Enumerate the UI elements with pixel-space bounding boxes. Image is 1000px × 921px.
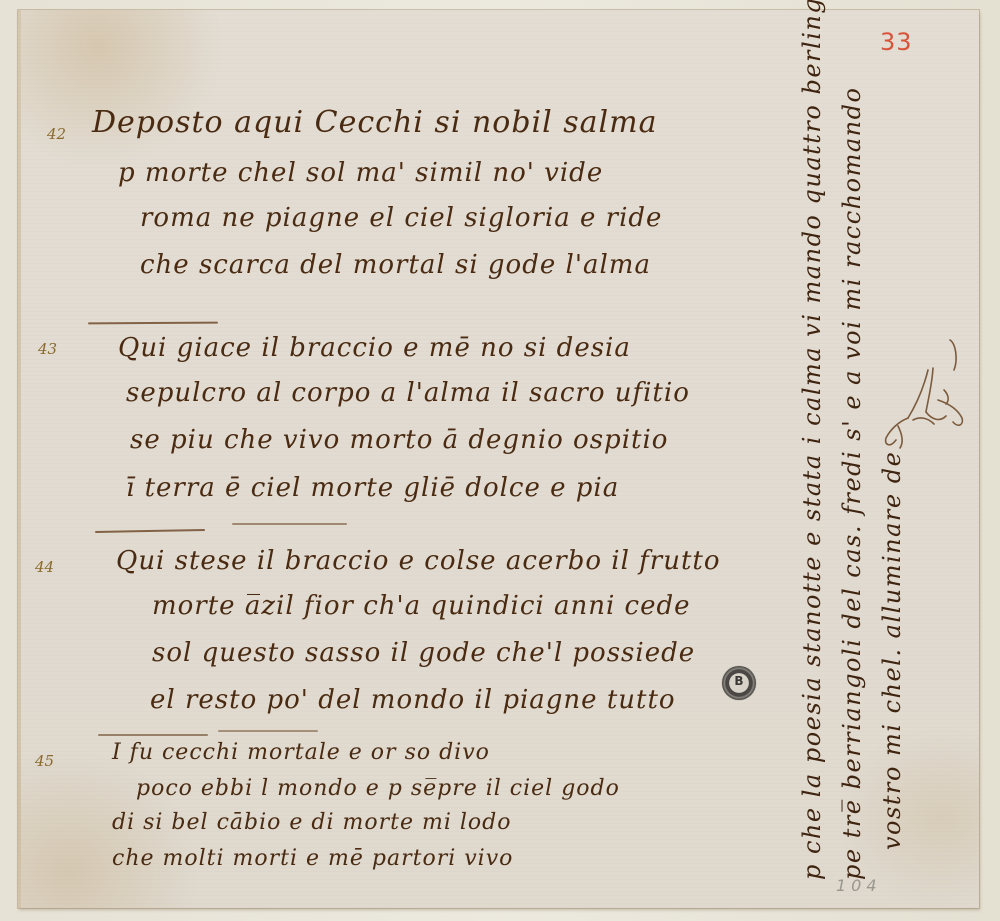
stanza-42-line-2: p morte chel sol ma' simil no' vide <box>118 160 603 186</box>
stanza-44-line-3: sol questo sasso il gode che'l possiede <box>152 640 695 666</box>
stanza-number-42: 42 <box>47 125 66 143</box>
margin-note-line-3: vostro mi chel. alluminare de <box>878 430 906 850</box>
stanza-43-line-3: se piu che vivo morto ā degnio ospitio <box>130 427 668 453</box>
stanza-45-line-4: che molti morti e mē partori vivo <box>112 848 513 870</box>
stanza-divider-3b <box>218 730 318 732</box>
stamp-letter: B <box>722 674 756 688</box>
stanza-44-line-4: el resto po' del mondo il piagne tutto <box>150 687 676 713</box>
stanza-42-line-1: Deposto aqui Cecchi si nobil salma <box>92 108 657 138</box>
stanza-number-44: 44 <box>35 558 54 576</box>
folio-number-pencil: 104 <box>836 876 882 895</box>
stanza-number-43: 43 <box>38 340 57 358</box>
folio-number-red: 33 <box>880 28 913 56</box>
stanza-43-line-1: Qui giace il braccio e mē no si desia <box>118 335 631 361</box>
stanza-42-line-4: che scarca del mortal si gode l'alma <box>140 252 651 278</box>
stanza-divider-2b <box>232 523 347 525</box>
margin-note-line-2: pe tre̅ berriangoli del cas. fredi s' e … <box>838 140 866 880</box>
library-stamp: B <box>722 666 756 700</box>
stanza-45-line-3: di si bel cābio e di morte mi lodo <box>112 812 511 834</box>
stanza-number-45: 45 <box>35 752 54 770</box>
stanza-45-line-1: I fu cecchi mortale e or so divo <box>112 742 490 764</box>
margin-note-line-1: p che la poesia stanotte e stata i calma… <box>798 20 826 880</box>
stanza-44-line-1: Qui stese il braccio e colse acerbo il f… <box>116 548 721 574</box>
manuscript-sheet <box>18 10 979 908</box>
stanza-43-line-4: ī terra ē ciel morte gliē dolce e pia <box>126 475 619 501</box>
stanza-42-line-3: roma ne piagne el ciel sigloria e ride <box>140 205 662 231</box>
stanza-43-line-2: sepulcro al corpo a l'alma il sacro ufit… <box>126 380 690 406</box>
stanza-divider-3a <box>98 734 208 736</box>
pen-sketch-figure <box>868 330 968 450</box>
stanza-45-line-2: poco ebbi l mondo e p se̅pre il ciel god… <box>136 778 620 800</box>
stanza-44-line-2: morte a̅zil fior ch'a quindici anni cede <box>152 593 691 619</box>
